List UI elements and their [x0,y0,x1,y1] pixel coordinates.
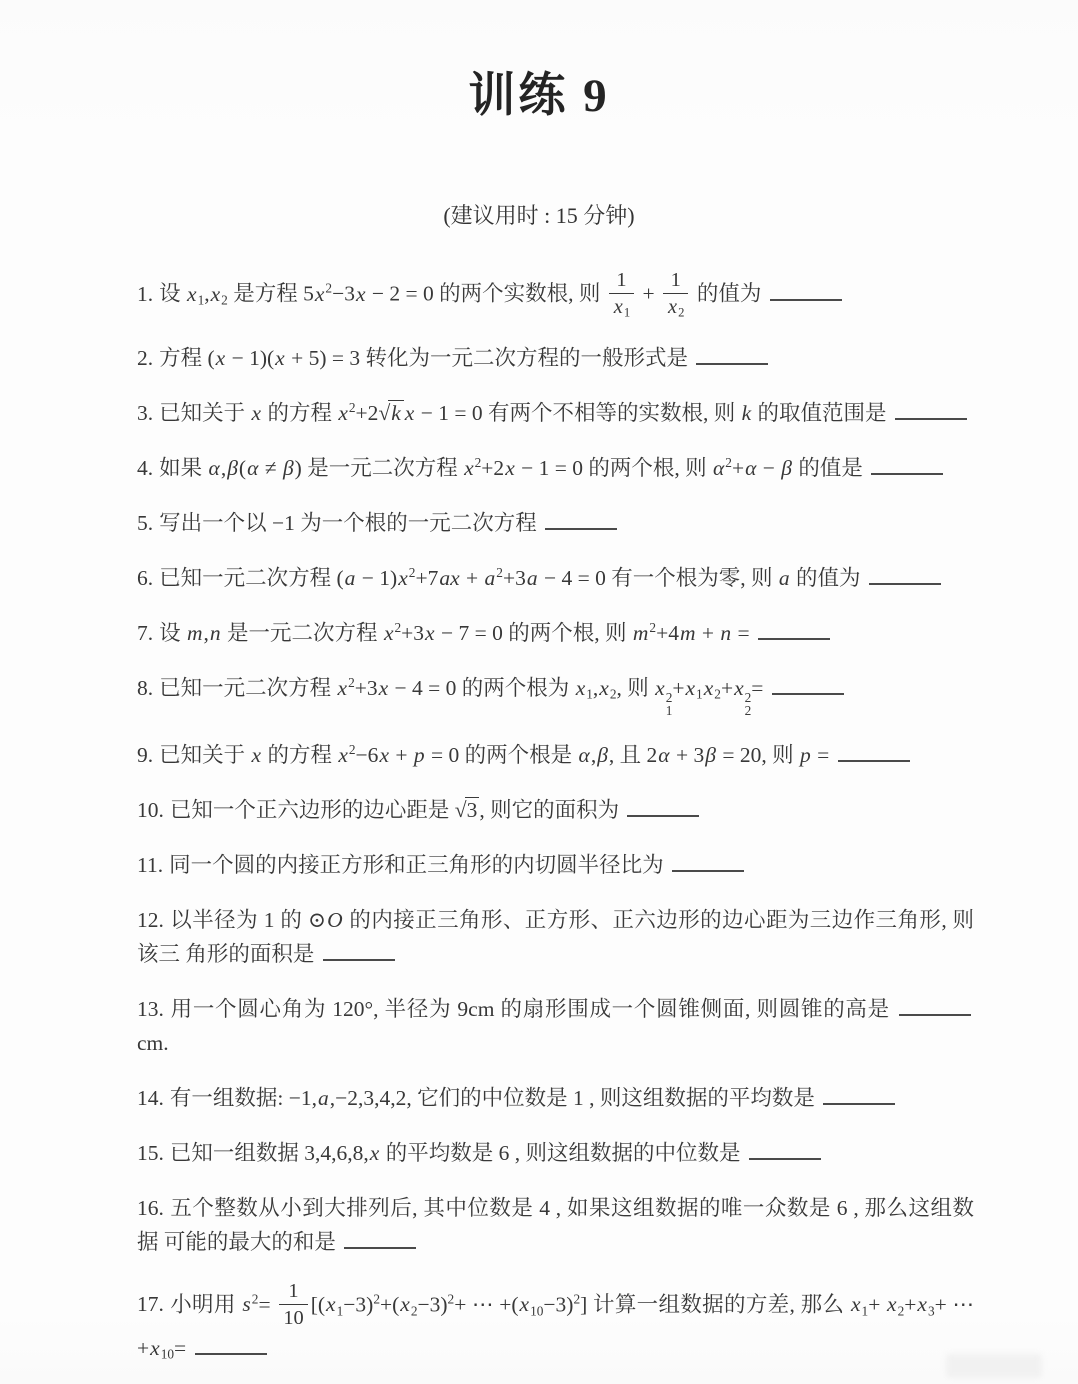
problem-number: 6. [137,566,159,590]
answer-blank [758,620,830,640]
text-run: 的平均数是 6 , 则这组数据的中位数是 [380,1141,746,1165]
math-variable: x [383,621,395,645]
watermark [946,1354,1042,1378]
math-variable: x [850,1292,862,1316]
text-run: cm. [137,1031,169,1055]
math-fraction: 110 [279,1279,307,1330]
text-run: − 1)( [226,346,274,370]
text-run: 用一个圆心角为 120°, 半径为 9cm 的扇形围成一个圆锥侧面, 则圆锥的高… [170,997,896,1021]
text-run: = [732,621,755,645]
math-variable: s [241,1292,251,1316]
math-subscript: 1 [666,704,673,718]
text-run: 已知一元二次方程 ( [159,566,344,590]
problem-item: 11.同一个圆的内接正方形和正三角形的内切圆半径比为 [137,849,974,883]
answer-blank [871,455,943,475]
text-run: 设 [159,282,186,306]
text-run: +2 [356,401,379,425]
fraction-denominator: 10 [279,1305,307,1330]
fraction-numerator: 1 [609,268,634,294]
text-run: −3) [418,1292,448,1316]
text-run: ] 计算一组数据的方差, 那么 [580,1292,850,1316]
text-run: 1 [616,269,626,291]
problem-number: 16. [137,1196,170,1220]
math-variable: x [654,676,666,700]
answer-blank [672,851,744,871]
math-variable: β [596,743,609,767]
math-variable: β [282,456,295,480]
math-variable: x [378,676,390,700]
text-run: + [721,676,733,700]
answer-blank [696,345,768,365]
problem-item: 10.已知一个正六边形的边心距是 √3, 则它的面积为 [137,794,974,828]
answer-blank [823,1084,895,1104]
text-run: −3 [332,282,355,306]
math-variable: x [667,296,678,318]
problem-number: 3. [137,401,159,425]
text-run: +3 [401,621,424,645]
text-run: + [868,1292,886,1316]
text-run: , [204,282,209,306]
math-variable: n [209,621,222,645]
math-variable: m [679,621,697,645]
math-variable: ax [438,566,460,590]
problem-item: 9.已知关于 x 的方程 x2−6x + p = 0 的两个根是 α,β, 且 … [137,739,974,773]
answer-blank [895,400,967,420]
problem-item: 15.已知一组数据 3,4,6,8,x 的平均数是 6 , 则这组数据的中位数是 [137,1137,974,1171]
problem-item: 1.设 x1,x2 是方程 5x2−3x − 2 = 0 的两个实数根, 则 1… [137,270,974,321]
text-run: , 则 [617,676,655,700]
text-run: 同一个圆的内接正方形和正三角形的内切圆半径比为 [169,853,669,877]
text-run: − 1 = 0 的两个根, 则 [516,456,712,480]
text-run: , 则它的面积为 [479,798,624,822]
math-subscript: 2 [221,292,228,307]
problem-item: 2.方程 (x − 1)(x + 5) = 3 转化为一元二次方程的一般形式是 [137,342,974,376]
math-subscript: 2 [714,687,721,702]
math-variable: x [337,401,349,425]
text-run: − 4 = 0 有一个根为零, 则 [539,566,778,590]
math-superscript: 2 [349,400,356,415]
math-variable: x [186,282,198,306]
page-subtitle: (建议用时 : 15 分钟) [0,199,1078,230]
text-run: − 7 = 0 的两个根, 则 [436,621,632,645]
math-variable: a [526,566,539,590]
math-variable: x [149,1336,161,1360]
text-run: + ⋯ +( [454,1292,518,1316]
math-superscript: 2 [725,455,732,470]
text-run: + [390,743,413,767]
math-variable: x [613,296,624,318]
text-run: 的方程 [262,401,337,425]
text-run: 有一组数据: −1, [170,1086,317,1110]
text-run: 的取值范围是 [752,401,892,425]
problem-item: 5.写出一个以 −1 为一个根的一元二次方程 [137,507,974,541]
math-fraction: 1x2 [663,268,688,319]
text-run: − 1) [356,566,397,590]
math-variable: x [886,1292,898,1316]
answer-blank [344,1228,416,1248]
answer-blank [195,1334,267,1354]
math-variable: α [208,456,221,480]
problem-item: 4.如果 α,β(α ≠ β) 是一元二次方程 x2+2x − 1 = 0 的两… [137,452,974,486]
problem-item: 16.五个整数从小到大排列后, 其中位数是 4 , 如果这组数据的唯一众数是 6… [137,1192,974,1260]
math-variable: p [413,743,426,767]
text-run: = [812,743,835,767]
text-run: 已知一元二次方程 [159,676,336,700]
math-variable: x [251,743,263,767]
text-run: −3) [543,1292,573,1316]
math-variable: x [733,676,745,700]
text-run: 1 [288,1280,298,1302]
text-run: + [732,456,744,480]
text-run: +7 [415,566,438,590]
text-run: + 3 [671,743,705,767]
math-variable: x [703,676,715,700]
text-run: 的方程 [262,743,337,767]
text-run: 的值为 [691,282,766,306]
radicand: k [388,400,404,425]
math-variable: x [685,676,697,700]
math-variable: x [504,456,516,480]
answer-blank [323,940,395,960]
math-subscript: 2 [745,704,752,718]
math-subscript: 10 [530,1303,543,1318]
problem-number: 15. [137,1141,170,1165]
math-variable: x [575,676,587,700]
math-variable: β [704,743,717,767]
problem-item: 13.用一个圆心角为 120°, 半径为 9cm 的扇形围成一个圆锥侧面, 则圆… [137,993,974,1061]
problem-item: 7.设 m,n 是一元二次方程 x2+3x − 7 = 0 的两个根, 则 m2… [137,617,974,651]
math-variable: x [519,1292,531,1316]
problem-number: 8. [137,676,159,700]
text-run: = [174,1336,192,1360]
fraction-numerator: 1 [663,268,688,294]
text-run: 以半径为 1 的 ⊙ [170,908,326,932]
math-subscript: 2 [678,306,684,320]
math-variable: a [344,566,357,590]
text-run: +4 [656,621,679,645]
worksheet-page: 训练 9 (建议用时 : 15 分钟) 1.设 x1,x2 是方程 5x2−3x… [0,0,1078,1384]
text-run: 的值为 [791,566,866,590]
text-run: [( [311,1292,325,1316]
fraction-numerator: 1 [279,1279,307,1305]
text-run: + [637,282,660,306]
math-variable: x [404,401,416,425]
math-variable: p [799,743,812,767]
text-run: + 5) = 3 转化为一元二次方程的一般形式是 [286,346,694,370]
text-run: 已知一个正六边形的边心距是 [170,798,455,822]
math-variable: m [632,621,650,645]
text-run: = [751,676,769,700]
math-variable: m [186,621,204,645]
math-variable: α [657,743,670,767]
problem-item: 3.已知关于 x 的方程 x2+2√kx − 1 = 0 有两个不相等的实数根,… [137,397,974,431]
problem-number: 4. [137,456,159,480]
math-variable: x [369,1141,381,1165]
text-run: − 1 = 0 有两个不相等的实数根, 则 [415,401,740,425]
math-variable: k [741,401,753,425]
math-variable: x [355,282,367,306]
math-variable: x [916,1292,928,1316]
text-run: 1 [671,269,681,291]
text-run: 方程 ( [159,346,215,370]
text-run: 五个整数从小到大排列后, 其中位数是 4 , 如果这组数据的唯一众数是 6 , … [137,1196,974,1254]
math-variable: x [337,676,349,700]
math-superscript: 2 [373,1291,380,1306]
answer-blank [838,741,910,761]
text-run: 10 [283,1307,303,1329]
problem-item: 14.有一组数据: −1,a,−2,3,4,2, 它们的中位数是 1 , 则这组… [137,1082,974,1116]
math-superscript: 2 [348,675,355,690]
text-run: − [757,456,780,480]
problem-item: 12.以半径为 1 的 ⊙O 的内接正三角形、正方形、正六边形的边心距为三边作三… [137,904,974,972]
math-variable: x [274,346,286,370]
math-variable: β [226,456,239,480]
text-run: , 且 2 [609,743,657,767]
math-variable: x [397,566,409,590]
math-square-root: √3 [455,798,480,822]
text-run: − 2 = 0 的两个实数根, 则 [367,282,606,306]
math-variable: a [778,566,791,590]
text-run: ) 是一元二次方程 [295,456,463,480]
text-run: +3 [503,566,526,590]
math-variable: x [325,1292,337,1316]
text-run: 的值是 [793,456,868,480]
math-superscript: 2 [496,565,503,580]
math-variable: x [215,346,227,370]
text-run: 3 [467,798,478,822]
problem-number: 9. [137,743,159,767]
text-run: ≠ [259,456,282,480]
math-variable: β [780,456,793,480]
text-run: + [904,1292,916,1316]
problem-number: 7. [137,621,159,645]
text-run: 如果 [159,456,207,480]
math-subscript: 2 [610,687,617,702]
problem-number: 14. [137,1086,170,1110]
fraction-denominator: x1 [609,294,634,319]
math-variable: x [463,456,475,480]
answer-blank [545,510,617,530]
math-subscript: 2 [411,1303,418,1318]
problem-number: 5. [137,511,159,535]
math-variable: α [712,456,725,480]
math-variable: x [424,621,436,645]
math-variable: α [578,743,591,767]
math-subscript: 1 [696,687,703,702]
text-run: = [258,1292,276,1316]
math-superscript: 2 [349,742,356,757]
problem-number: 13. [137,997,170,1021]
answer-blank [772,675,844,695]
problem-number: 10. [137,798,170,822]
problems-list: 1.设 x1,x2 是方程 5x2−3x − 2 = 0 的两个实数根, 则 1… [0,230,1078,1366]
math-subscript: 1 [624,306,630,320]
answer-blank [627,796,699,816]
text-run: = 0 的两个根是 [426,743,578,767]
problem-item: 6.已知一元二次方程 (a − 1)x2+7ax + a2+3a − 4 = 0… [137,562,974,596]
math-subscript: 1 [586,687,593,702]
answer-blank [899,995,971,1015]
math-variable: α [246,456,259,480]
math-variable: k [390,401,402,425]
text-run: 已知一组数据 3,4,6,8, [170,1141,369,1165]
math-variable: x [314,282,326,306]
text-run: +( [380,1292,399,1316]
text-run: ( [239,456,246,480]
text-run: + [696,621,719,645]
math-square-root: √k [378,401,403,425]
math-subscript: 3 [928,1303,935,1318]
problem-number: 12. [137,908,170,932]
text-run: + [672,676,684,700]
radicand: 3 [465,797,480,822]
math-variable: x [399,1292,411,1316]
problem-number: 17. [137,1292,170,1316]
problem-number: 11. [137,853,169,877]
math-fraction: 1x1 [609,268,634,319]
math-variable: x [598,676,610,700]
math-variable: a [484,566,497,590]
text-run: +2 [481,456,504,480]
text-run: −3) [343,1292,373,1316]
text-run: +3 [355,676,378,700]
page-title: 训练 9 [0,58,1078,125]
text-run: = 20, 则 [717,743,799,767]
math-subscript: 10 [161,1346,174,1361]
text-run: − 4 = 0 的两个根为 [389,676,575,700]
text-run: 是一元二次方程 [222,621,383,645]
answer-blank [749,1139,821,1159]
problem-number: 1. [137,282,159,306]
problem-item: 17.小明用 s2= 110[(x1−3)2+(x2−3)2+ ⋯ +(x10−… [137,1281,974,1366]
problem-item: 8.已知一元二次方程 x2+3x − 4 = 0 的两个根为 x1,x2, 则 … [137,672,974,718]
math-variable: x [210,282,222,306]
math-variable: x [251,401,263,425]
problem-number: 2. [137,346,159,370]
fraction-denominator: x2 [663,294,688,319]
text-run: 设 [159,621,186,645]
text-run: ,−2,3,4,2, 它们的中位数是 1 , 则这组数据的平均数是 [330,1086,821,1110]
math-variable: n [719,621,732,645]
math-variable: x [378,743,390,767]
math-variable: O [326,908,344,932]
math-variable: x [337,743,349,767]
text-run: 写出一个以 −1 为一个根的一元二次方程 [159,511,542,535]
worksheet-header: 训练 9 (建议用时 : 15 分钟) [0,0,1078,230]
text-run: + [461,566,484,590]
math-variable: α [744,456,757,480]
text-run: 已知关于 [159,401,250,425]
math-variable: a [317,1086,330,1110]
radical-icon: √ [455,798,466,822]
text-run: −6 [356,743,379,767]
text-run: 是方程 5 [228,282,314,306]
text-run: 小明用 [170,1292,242,1316]
answer-blank [770,280,842,300]
answer-blank [869,565,941,585]
text-run: 已知关于 [159,743,250,767]
